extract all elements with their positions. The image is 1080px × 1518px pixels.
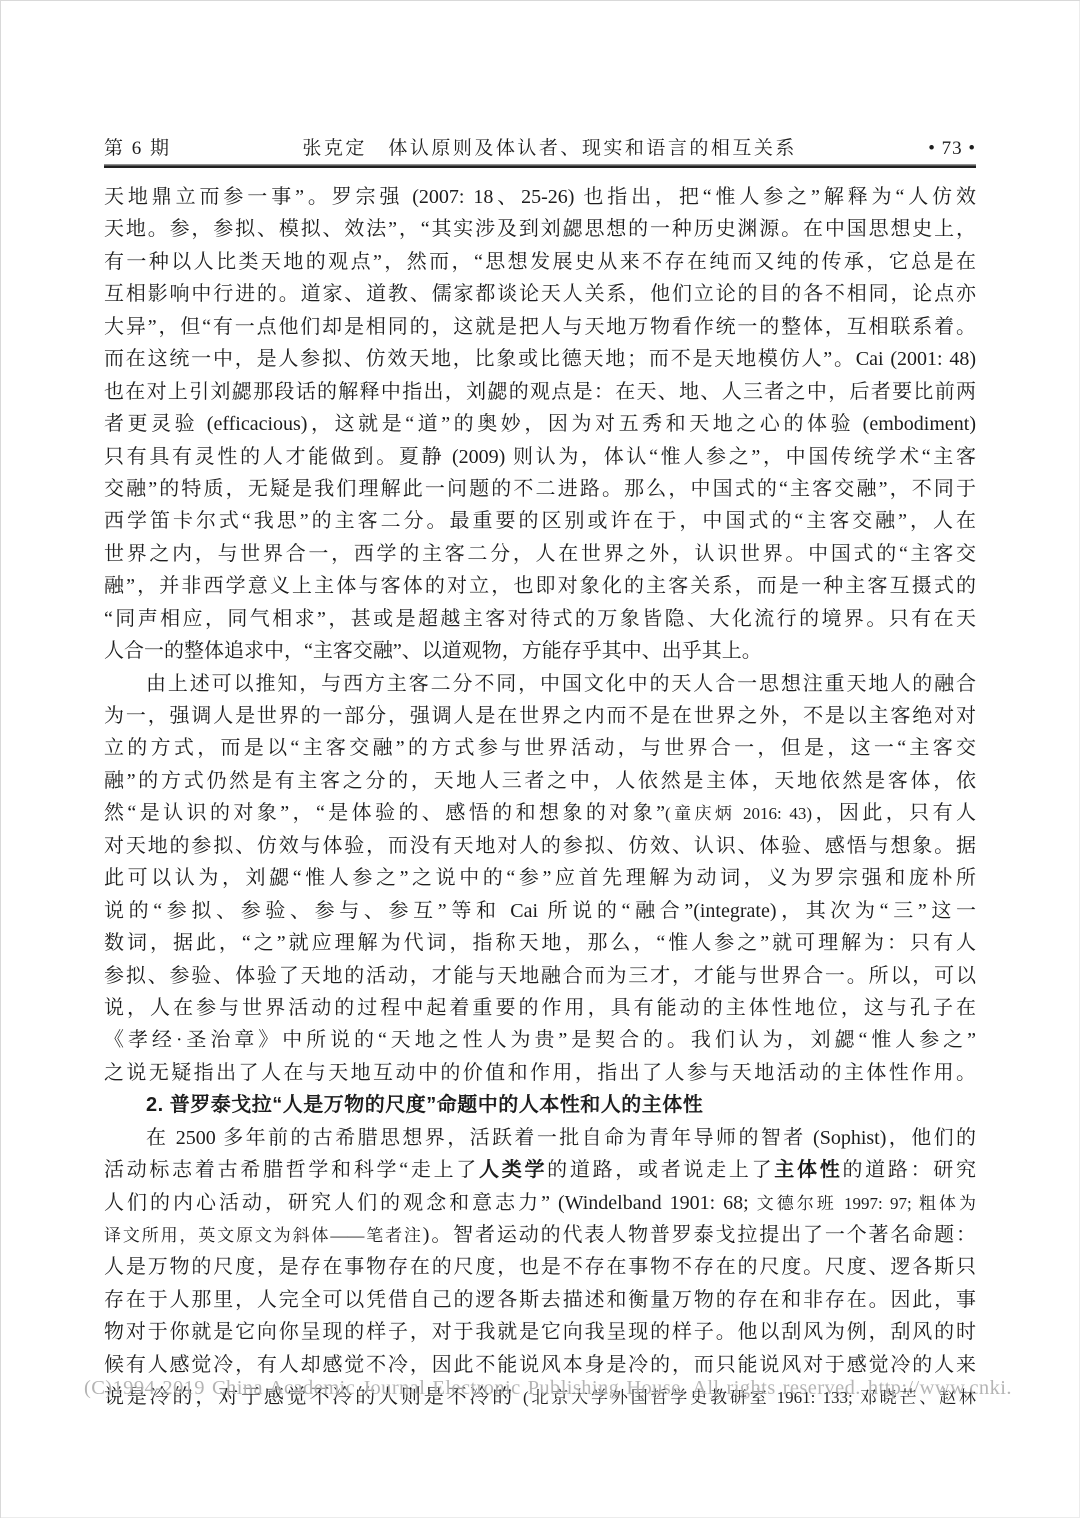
text-run: 参拟、参验、体验了天地的活动，才能与天地融合而为三才，才能与世界合一。所以，可以 [104, 965, 976, 987]
body-line: 世界之内，与世界合一，西学的主客二分，人在世界之外，认识世界。中国式的“主客交 [104, 538, 976, 570]
body-line: 参拟、参验、体验了天地的活动，才能与天地融合而为三才，才能与世界合一。所以，可以 [104, 960, 976, 992]
body-line: 译文所用，英文原文为斜体——笔者注)。智者运动的代表人物普罗泰戈拉提出了一个著名… [104, 1219, 976, 1251]
text-run: 活动标志着古希腊哲学和科学“走上了 [104, 1159, 479, 1181]
text-run: 物对于你就是它向你呈现的样子，对于我就是它向我呈现的样子。他以刮风为例，刮风的时 [104, 1321, 976, 1343]
header-rule [104, 164, 976, 168]
body-line: 有一种以人比类天地的观点”，然而，“思想发展史从来不存在纯而又纯的传承，它总是在 [104, 246, 976, 278]
text-run: 人合一的整体追求中，“主客交融”、以道观物，方能存乎其中、出乎其上。 [104, 640, 762, 662]
body-line: 天地。参，参拟、模拟、效法”，“其实涉及到刘勰思想的一种历史渊源。在中国思想史上… [104, 213, 976, 245]
text-run: “同声相应，同气相求”，甚或是超越主客对待式的万象皆隐、大化流行的境界。只有在天 [104, 608, 976, 630]
text-run: 立的方式，而是以“主客交融”的方式参与世界活动，与世界合一，但是，这一“主客交 [104, 737, 976, 759]
body-line: 物对于你就是它向你呈现的样子，对于我就是它向我呈现的样子。他以刮风为例，刮风的时 [104, 1316, 976, 1348]
text-run: 然“是认识的对象”，“是体验的、感悟的和想象的对象” [104, 802, 665, 824]
body-line: 为一，强调人是世界的一部分，强调人是在世界之内而不是在世界之外，不是以主客绝对对 [104, 700, 976, 732]
text-run: 天地。参，参拟、模拟、效法”，“其实涉及到刘勰思想的一种历史渊源。在中国思想史上… [104, 218, 976, 240]
text-run: 者更灵验 (efficacious)，这就是“道”的奥妙，因为对五秀和天地之心的… [104, 413, 976, 435]
text-run: 候有人感觉冷，有人却感觉不冷，因此不能说风本身是冷的，而只能说风对于感觉冷的人来 [104, 1354, 976, 1376]
running-header: 第 6 期 张克定 体认原则及体认者、现实和语言的相互关系 • 73 • [104, 133, 976, 160]
body-line: 《孝经·圣治章》中所说的“天地之性人为贵”是契合的。我们认为，刘勰“惟人参之” [104, 1024, 976, 1056]
body-line: 也在对上引刘勰那段话的解释中指出，刘勰的观点是：在天、地、人三者之中，后者要比前… [104, 376, 976, 408]
body-line: 交融”的特质，无疑是我们理解此一问题的不二进路。那么，中国式的“主客交融”，不同… [104, 473, 976, 505]
text-run: 只有具有灵性的人才能做到。夏静 (2009) 则认为，体认“惟人参之”，中国传统… [104, 446, 976, 468]
bold-emphasis: 人类学 [479, 1159, 547, 1181]
body-line: 活动标志着古希腊哲学和科学“走上了人类学的道路，或者说走上了主体性的道路：研究 [104, 1154, 976, 1186]
text-run: 人们的内心活动，研究人们的观念和意志力” (Windelband 1901: 6… [104, 1192, 757, 1214]
body-line: 存在于人那里，人完全可以凭借自己的逻各斯去描述和衡量万物的存在和非存在。因此，事 [104, 1284, 976, 1316]
text-run: 数词，据此，“之”就应理解为代词，指称天地，那么，“惟人参之”就可理解为：只有人 [104, 932, 976, 954]
journal-page: 第 6 期 张克定 体认原则及体认者、现实和语言的相互关系 • 73 • 天地鼎… [0, 0, 1080, 1518]
text-run: 2. 普罗泰戈拉“人是万物的尺度”命题中的人本性和人的主体性 [146, 1094, 703, 1116]
text-run: 西学笛卡尔式“我思”的主客二分。最重要的区别或许在于，中国式的“主客交融”，人在 [104, 510, 976, 532]
bold-emphasis: 主体性 [774, 1159, 842, 1181]
text-run: 存在于人那里，人完全可以凭借自己的逻各斯去描述和衡量万物的存在和非存在。因此，事 [104, 1289, 976, 1311]
citation-text: (童庆炳 2016: 43) [665, 804, 812, 823]
body-line: 此可以认为，刘勰“惟人参之”之说中的“参”应首先理解为动词，义为罗宗强和庞朴所 [104, 862, 976, 894]
body-line: 由上述可以推知，与西方主客二分不同，中国文化中的天人合一思想注重天地人的融合 [104, 668, 976, 700]
text-run: ，因此，只有人 [812, 802, 976, 824]
body-line: 在 2500 多年前的古希腊思想界，活跃着一批自命为青年导师的智者 (Sophi… [104, 1122, 976, 1154]
text-run: 的道路，或者说走上了 [547, 1159, 774, 1181]
body-line: 之说无疑指出了人在与天地互动中的价值和作用，指出了人参与天地活动的主体性作用。 [104, 1057, 976, 1089]
page-number: • 73 • [928, 138, 976, 160]
text-run: 由上述可以推知，与西方主客二分不同，中国文化中的天人合一思想注重天地人的融合 [146, 673, 976, 695]
text-run: 融”，并非西学意义上主体与客体的对立，也即对象化的主客关系，而是一种主客互摄式的 [104, 575, 976, 597]
text-run: )。智者运动的代表人物普罗泰戈拉提出了一个著名命题： [423, 1224, 976, 1246]
body-line: 而在这统一中，是人参拟、仿效天地，比象或比德天地；而不是天地模仿人”。Cai (… [104, 343, 976, 375]
text-run: 而在这统一中，是人参拟、仿效天地，比象或比德天地；而不是天地模仿人”。Cai (… [104, 348, 976, 370]
text-run: 人是万物的尺度，是存在事物存在的尺度，也是不存在事物不存在的尺度。尺度、逻各斯只 [104, 1256, 976, 1278]
citation-text: 译文所用，英文原文为斜体——笔者注 [104, 1226, 423, 1245]
body-line: 只有具有灵性的人才能做到。夏静 (2009) 则认为，体认“惟人参之”，中国传统… [104, 441, 976, 473]
text-run: 也在对上引刘勰那段话的解释中指出，刘勰的观点是：在天、地、人三者之中，后者要比前… [104, 381, 976, 403]
text-run: 在 2500 多年前的古希腊思想界，活跃着一批自命为青年导师的智者 (Sophi… [146, 1127, 976, 1149]
text-run: 大异”，但“有一点他们却是相同的，这就是把人与天地万物看作统一的整体，互相联系着… [104, 316, 976, 338]
body-text: 天地鼎立而参一事”。罗宗强 (2007: 18、25-26) 也指出，把“惟人参… [104, 181, 976, 1414]
text-run: 之说无疑指出了人在与天地互动中的价值和作用，指出了人参与天地活动的主体性作用。 [104, 1062, 976, 1084]
body-line: 者更灵验 (efficacious)，这就是“道”的奥妙，因为对五秀和天地之心的… [104, 408, 976, 440]
issue-number: 第 6 期 [104, 133, 171, 160]
body-line: 大异”，但“有一点他们却是相同的，这就是把人与天地万物看作统一的整体，互相联系着… [104, 311, 976, 343]
body-line: 说的“参拟、参验、参与、参互”等和 Cai 所说的“融合”(integrate)… [104, 895, 976, 927]
text-run: 互相影响中行进的。道家、道教、儒家都谈论天人关系，他们立论的目的各不相同，论点亦 [104, 283, 976, 305]
text-run: 的道路：研究 [842, 1159, 976, 1181]
citation-text: 文德尔班 1997: 97; 粗体为 [757, 1194, 976, 1213]
body-line: 西学笛卡尔式“我思”的主客二分。最重要的区别或许在于，中国式的“主客交融”，人在 [104, 505, 976, 537]
body-line: 数词，据此，“之”就应理解为代词，指称天地，那么，“惟人参之”就可理解为：只有人 [104, 927, 976, 959]
text-run: 说，人在参与世界活动的过程中起着重要的作用，具有能动的主体性地位，这与孔子在 [104, 997, 976, 1019]
text-run: 天地鼎立而参一事”。罗宗强 (2007: 18、25-26) 也指出，把“惟人参… [104, 186, 976, 208]
text-run: 对天地的参拟、仿效与体验，而没有天地对人的参拟、仿效、认识、体验、感悟与想象。据 [104, 835, 976, 857]
body-line: 对天地的参拟、仿效与体验，而没有天地对人的参拟、仿效、认识、体验、感悟与想象。据 [104, 830, 976, 862]
body-line: 融”的方式仍然是有主客之分的，天地人三者之中，人依然是主体，天地依然是客体，依 [104, 765, 976, 797]
section-heading: 2. 普罗泰戈拉“人是万物的尺度”命题中的人本性和人的主体性 [104, 1089, 976, 1121]
copyright-watermark: (C)1994-2019 China Academic Journal Elec… [84, 1377, 1012, 1400]
body-line: “同声相应，同气相求”，甚或是超越主客对待式的万象皆隐、大化流行的境界。只有在天 [104, 603, 976, 635]
text-run: 融”的方式仍然是有主客之分的，天地人三者之中，人依然是主体，天地依然是客体，依 [104, 770, 976, 792]
running-title: 张克定 体认原则及体认者、现实和语言的相互关系 [171, 133, 928, 160]
body-line: 立的方式，而是以“主客交融”的方式参与世界活动，与世界合一，但是，这一“主客交 [104, 732, 976, 764]
text-run: 说的“参拟、参验、参与、参互”等和 Cai 所说的“融合”(integrate)… [104, 900, 976, 922]
body-line: 天地鼎立而参一事”。罗宗强 (2007: 18、25-26) 也指出，把“惟人参… [104, 181, 976, 213]
text-run: 为一，强调人是世界的一部分，强调人是在世界之内而不是在世界之外，不是以主客绝对对 [104, 705, 976, 727]
text-run: 世界之内，与世界合一，西学的主客二分，人在世界之外，认识世界。中国式的“主客交 [104, 543, 976, 565]
body-line: 说，人在参与世界活动的过程中起着重要的作用，具有能动的主体性地位，这与孔子在 [104, 992, 976, 1024]
body-line: 互相影响中行进的。道家、道教、儒家都谈论天人关系，他们立论的目的各不相同，论点亦 [104, 278, 976, 310]
body-line: 人合一的整体追求中，“主客交融”、以道观物，方能存乎其中、出乎其上。 [104, 635, 976, 667]
text-run: 交融”的特质，无疑是我们理解此一问题的不二进路。那么，中国式的“主客交融”，不同… [104, 478, 976, 500]
text-run: 《孝经·圣治章》中所说的“天地之性人为贵”是契合的。我们认为，刘勰“惟人参之” [104, 1029, 976, 1051]
body-line: 然“是认识的对象”，“是体验的、感悟的和想象的对象”(童庆炳 2016: 43)… [104, 797, 976, 829]
text-run: 有一种以人比类天地的观点”，然而，“思想发展史从来不存在纯而又纯的传承，它总是在 [104, 251, 976, 273]
body-line: 人们的内心活动，研究人们的观念和意志力” (Windelband 1901: 6… [104, 1187, 976, 1219]
text-run: 此可以认为，刘勰“惟人参之”之说中的“参”应首先理解为动词，义为罗宗强和庞朴所 [104, 867, 976, 889]
body-line: 人是万物的尺度，是存在事物存在的尺度，也是不存在事物不存在的尺度。尺度、逻各斯只 [104, 1251, 976, 1283]
body-line: 融”，并非西学意义上主体与客体的对立，也即对象化的主客关系，而是一种主客互摄式的 [104, 570, 976, 602]
